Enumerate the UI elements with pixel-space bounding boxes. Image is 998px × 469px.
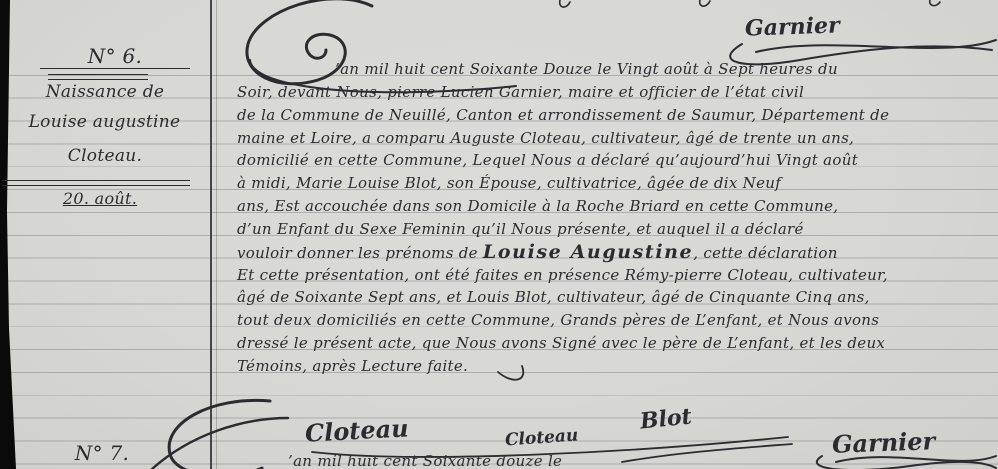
name-line-suffix: , cette déclaration [693,244,837,262]
swash-blot [622,444,792,462]
act-title-line-2: Louise augustine [2,112,207,132]
body-line: d’un Enfant du Sexe Feminin qu’il Nous p… [237,218,991,241]
margin-double-rule-top [48,74,148,80]
margin-rule-line [210,0,212,469]
flourish-capital-l-bottom-cross [152,418,288,469]
body-line: ’an mil huit cent Soixante Douze le Ving… [237,58,991,81]
body-line: dressé le présent acte, que Nous avons S… [237,332,991,355]
margin-rule-line-faint [216,0,217,469]
flourish-capital-l-bottom [169,400,270,469]
body-line: à midi, Marie Louise Blot, son Épouse, c… [237,172,991,195]
body-line-child-name: vouloir donner les prénoms de Louise Aug… [237,241,991,264]
act-title-line-3: Cloteau. [10,146,200,166]
scan-edge [0,0,16,469]
body-line: maine et Loire, a comparu Auguste Clotea… [237,127,991,150]
scanned-register-page: N° 6. Naissance de Louise augustine Clot… [0,0,998,469]
act-title-line-1: Naissance de [10,82,200,102]
next-act-number: N° 7. [42,441,162,465]
body-line: âgé de Soixante Sept ans, et Louis Blot,… [237,286,991,309]
name-line-prefix: vouloir donner les prénoms de [237,244,483,262]
child-name: Louise Augustine [483,241,693,263]
act-margin-date: 20. août. [20,189,180,208]
top-edge-descender [930,0,940,6]
body-line: domicilié en cette Commune, Lequel Nous … [237,149,991,172]
top-edge-descender [700,0,710,6]
body-line: Témoins, après Lecture faite. [237,355,991,378]
top-edge-descender [560,0,570,7]
body-line: de la Commune de Neuillé, Canton et arro… [237,104,991,127]
margin-double-rule-bottom [2,180,190,186]
signature-cloteau-witness: Cloteau [504,425,579,450]
body-line: tout deux domiciliés en cette Commune, G… [237,309,991,332]
act-body-text: ’an mil huit cent Soixante Douze le Ving… [237,58,991,378]
act-number: N° 6. [40,44,190,69]
body-line: Soir, devant Nous, pierre Lucien Garnier… [237,81,991,104]
next-act-first-line: ’an mil huit cent Soixante douze le [288,452,562,469]
signature-garnier-top: Garnier [745,12,840,41]
body-line: ans, Est accouchée dans son Domicile à l… [237,195,991,218]
signature-cloteau-father: Cloteau [304,413,409,447]
body-line: Et cette présentation, ont été faites en… [237,264,991,287]
signature-blot: Blot [639,403,693,434]
signature-garnier-bottom: Garnier [832,426,936,459]
